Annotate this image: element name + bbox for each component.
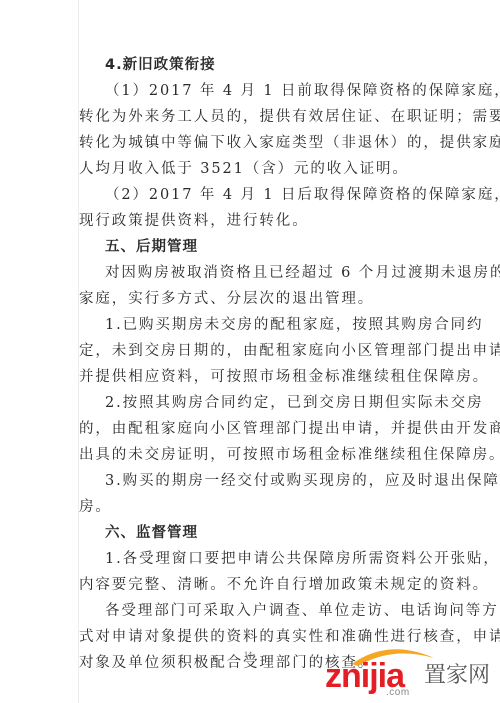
logo-domain-text: .com xyxy=(386,687,410,698)
section-heading: 4.新旧政策衔接 xyxy=(79,52,425,78)
paragraph-line: 房。 xyxy=(79,494,425,520)
paragraph-line: 对因购房被取消资格且已经超过 6 个月过渡期未退房的 xyxy=(79,260,425,286)
paragraph-line: 各受理部门可采取入户调查、单位走访、电话询问等方 xyxy=(79,598,425,624)
paragraph-line: 转化为外来务工人员的，提供有效居住证、在职证明；需要 xyxy=(79,104,425,130)
paragraph-line: （1）2017 年 4 月 1 日前取得保障资格的保障家庭，需要 xyxy=(79,78,425,104)
paragraph-line: 2.按照其购房合同约定，已到交房日期但实际未交房 xyxy=(79,390,425,416)
paragraph-line: 1.已购买期房未交房的配租家庭，按照其购房合同约 xyxy=(79,312,425,338)
paragraph-line: 家庭，实行多方式、分层次的退出管理。 xyxy=(79,286,425,312)
paragraph-line: 出具的未交房证明，可按照市场租金标准继续租住保障房。 xyxy=(79,442,425,468)
paragraph-line: 人均月收入低于 3521（含）元的收入证明。 xyxy=(79,156,425,182)
document-page: 4.新旧政策衔接（1）2017 年 4 月 1 日前取得保障资格的保障家庭，需要… xyxy=(79,52,425,676)
section-heading: 五、后期管理 xyxy=(79,234,425,260)
paragraph-line: 定，未到交房日期的，由配租家庭向小区管理部门提出申请 xyxy=(79,338,425,364)
paragraph-line: （2）2017 年 4 月 1 日后取得保障资格的保障家庭，按照 xyxy=(79,182,425,208)
paragraph-line: 3.购买的期房一经交付或购买现房的，应及时退出保障 xyxy=(79,468,425,494)
logo-chinese-text: 置家网 xyxy=(424,662,490,690)
paragraph-line: 的，由配租家庭向小区管理部门提出申请，并提供由开发商 xyxy=(79,416,425,442)
section-heading: 六、监督管理 xyxy=(79,520,425,546)
paragraph-line: 内容要完整、清晰。不允许自行增加政策未规定的资料。 xyxy=(79,572,425,598)
page-number: 14 xyxy=(244,650,252,659)
paragraph-line: 1.各受理窗口要把申请公共保障房所需资料公开张贴， xyxy=(79,546,425,572)
paragraph-line: 现行政策提供资料，进行转化。 xyxy=(79,208,425,234)
watermark-logo: znijia 置家网 .com xyxy=(322,642,500,702)
paragraph-line: 转化为城镇中等偏下收入家庭类型（非退休）的，提供家庭 xyxy=(79,130,425,156)
paragraph-line: 并提供相应资料，可按照市场租金标准继续租住保障房。 xyxy=(79,364,425,390)
